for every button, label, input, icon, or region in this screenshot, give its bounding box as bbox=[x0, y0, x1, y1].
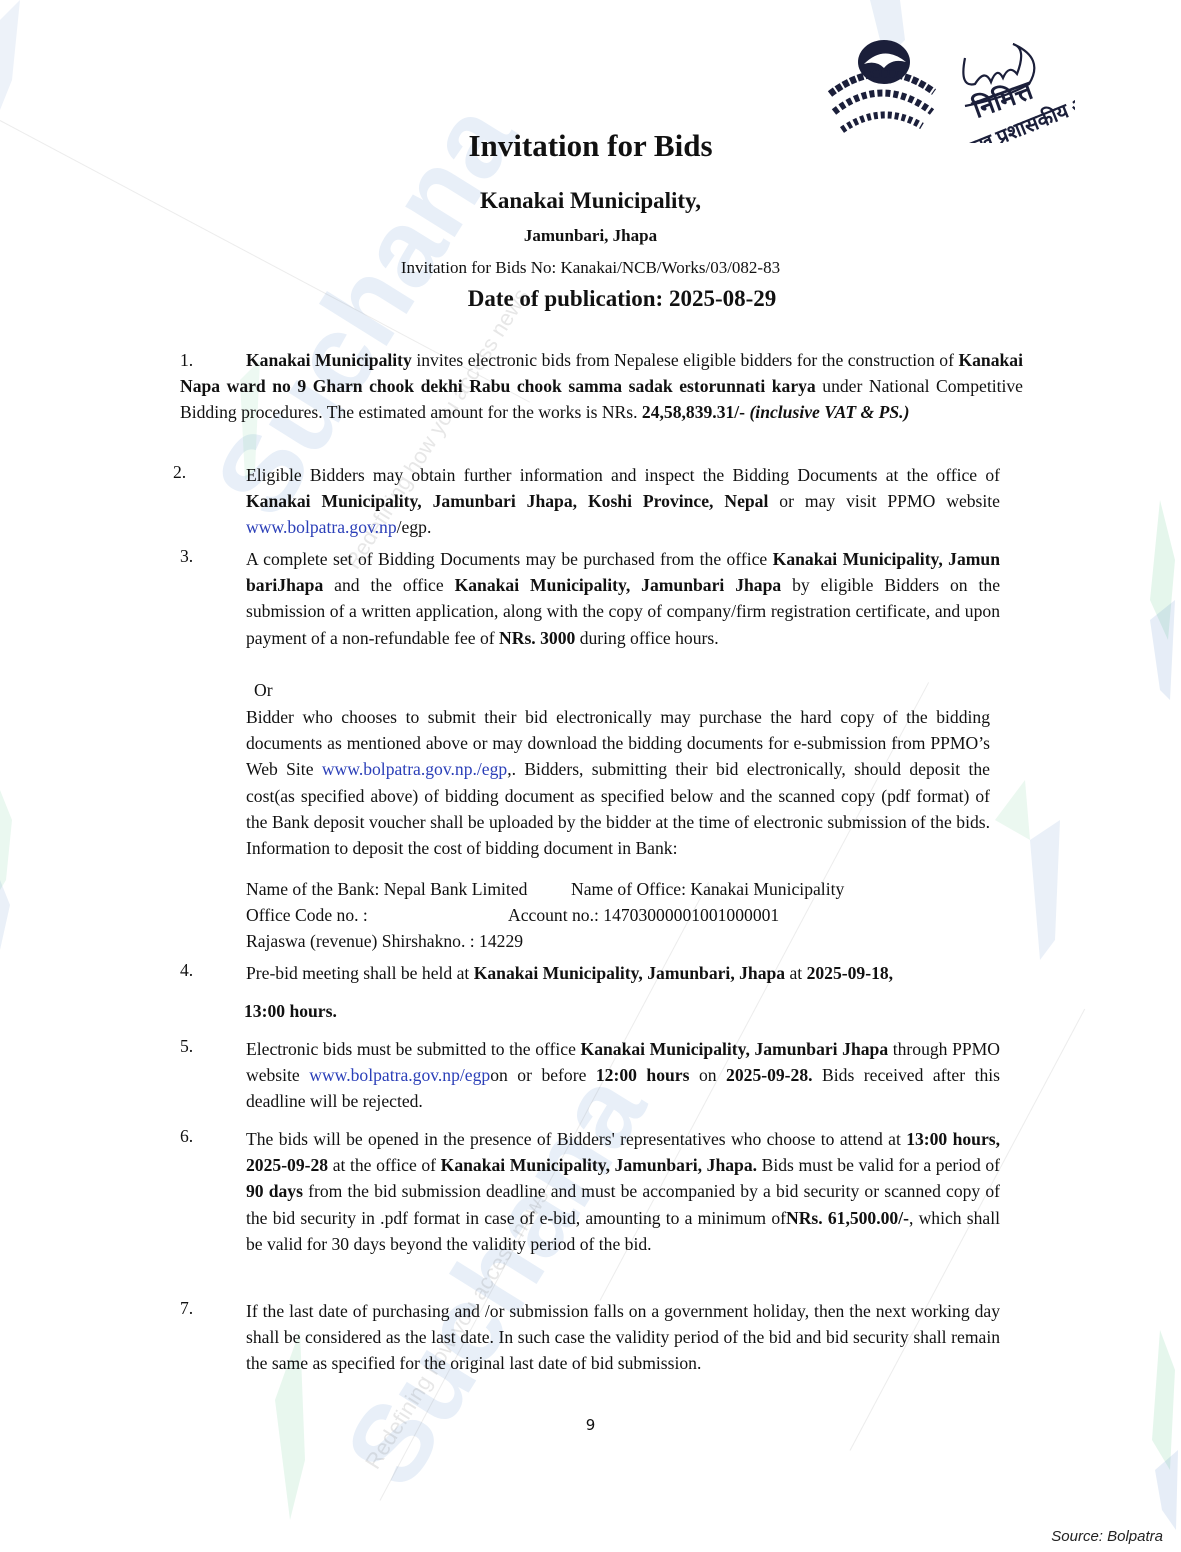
clause-2: Eligible Bidders may obtain further info… bbox=[246, 462, 1000, 541]
clause-number: 7. bbox=[180, 1298, 193, 1319]
website-link[interactable]: www.bolpatra.gov.np./egp bbox=[322, 759, 507, 779]
clause-text: Bidder who chooses to submit their bid e… bbox=[246, 707, 990, 858]
bank-name: Name of the Bank: Nepal Bank Limited bbox=[246, 876, 527, 902]
watermark-brand-2: Suchana bbox=[320, 1051, 671, 1507]
clause-1: 1. Kanakai Municipality invites electron… bbox=[180, 347, 1023, 426]
clause-text: If the last date of purchasing and /or s… bbox=[246, 1301, 1000, 1373]
clause-text: Eligible Bidders may obtain further info… bbox=[246, 465, 1000, 537]
clause-4: Pre-bid meeting shall be held at Kanakai… bbox=[246, 960, 1006, 986]
or-label: Or bbox=[254, 677, 273, 703]
page-number: 9 bbox=[0, 1416, 1181, 1434]
municipality-name: Kanakai Municipality, bbox=[0, 188, 1181, 214]
clause-5: Electronic bids must be submitted to the… bbox=[246, 1036, 1000, 1115]
clause-number: 2. bbox=[173, 462, 186, 483]
ifb-number: Invitation for Bids No: Kanakai/NCB/Work… bbox=[0, 258, 1181, 278]
clause-text: Pre-bid meeting shall be held at Kanakai… bbox=[246, 963, 893, 983]
office-name: Name of Office: Kanakai Municipality bbox=[571, 876, 844, 902]
document-page: Suchana Suchana Redefining how you acces… bbox=[0, 0, 1181, 1552]
website-link[interactable]: www.bolpatra.gov.np bbox=[246, 517, 397, 537]
municipality-location: Jamunbari, Jhapa bbox=[0, 226, 1181, 246]
clause-7: If the last date of purchasing and /or s… bbox=[246, 1298, 1000, 1377]
clause-number: 4. bbox=[180, 960, 193, 981]
clause-number: 5. bbox=[180, 1036, 193, 1057]
page-title: Invitation for Bids bbox=[0, 128, 1181, 164]
source-credit: Source: Bolpatra bbox=[1051, 1528, 1163, 1545]
pre-bid-time: 13:00 hours. bbox=[244, 998, 337, 1024]
clause-number: 6. bbox=[180, 1126, 193, 1147]
clause-number: 1. bbox=[180, 347, 193, 373]
electronic-purchase-text: Bidder who chooses to submit their bid e… bbox=[246, 704, 990, 861]
clause-text: A complete set of Bidding Documents may … bbox=[246, 549, 1000, 648]
clause-text: Kanakai Municipality invites electronic … bbox=[180, 350, 1023, 422]
revenue-head: Rajaswa (revenue) Shirshakno. : 14229 bbox=[246, 928, 523, 954]
account-number: Account no.: 14703000001001000001 bbox=[508, 902, 779, 928]
clause-3: A complete set of Bidding Documents may … bbox=[246, 546, 1000, 651]
website-link[interactable]: www.bolpatra.gov.np/egp bbox=[309, 1065, 490, 1085]
clause-6: The bids will be opened in the presence … bbox=[246, 1126, 1000, 1257]
clause-text: The bids will be opened in the presence … bbox=[246, 1129, 1000, 1254]
clause-text: Electronic bids must be submitted to the… bbox=[246, 1039, 1000, 1111]
publication-date: Date of publication: 2025-08-29 bbox=[0, 286, 1181, 312]
clause-number: 3. bbox=[180, 546, 193, 567]
office-code: Office Code no. : bbox=[246, 902, 368, 928]
